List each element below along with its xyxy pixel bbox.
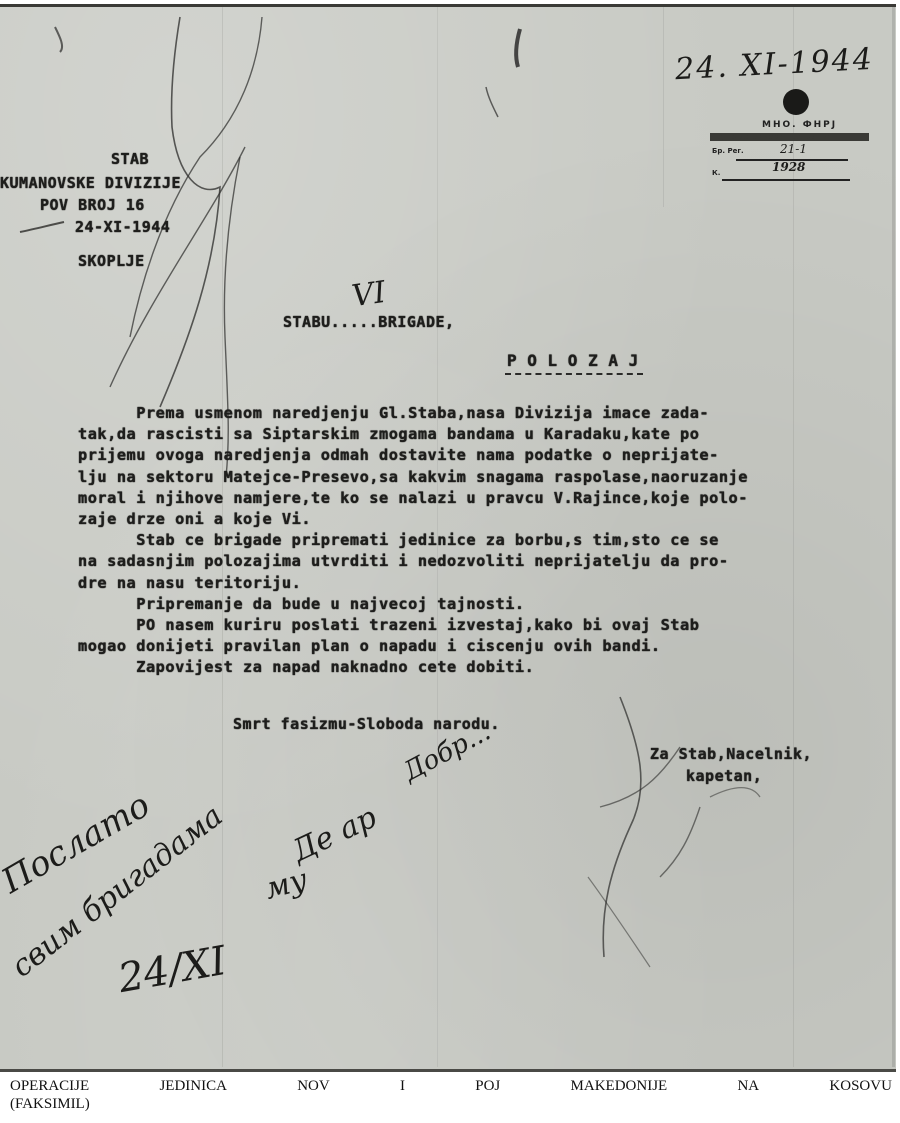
caption-line2: (FAKSIMIL) (10, 1095, 892, 1113)
stamp-k-value: 1928 (772, 160, 805, 174)
stamp-reg-label: Бр. Рег. (712, 147, 744, 155)
body-line: PO nasem kuriru poslati trazeni izvestaj… (78, 615, 896, 636)
caption-word: POJ (475, 1077, 500, 1095)
body-line: Stab ce brigade pripremati jedinice za b… (78, 530, 896, 551)
body-line: prijemu ovoga naredjenja odmah dostavite… (78, 445, 896, 466)
stamp-line2: ВОЈНО ИСТОРИСКИ - ОДЕЉЕЊЕ (710, 133, 869, 141)
handwritten-brigade-number: VI (350, 275, 388, 314)
caption-word: MAKEDONIJE (571, 1077, 668, 1095)
header-division: KUMANOVSKE DIVIZIJE (0, 171, 250, 195)
addressee: STABU.....BRIGADE, (283, 313, 455, 331)
header-city: SKOPLJE (78, 249, 328, 273)
signature-line2: kapetan, (686, 767, 762, 785)
body-line: Prema usmenom naredjenju Gl.Staba,nasa D… (78, 403, 896, 424)
caption-word: NA (737, 1077, 759, 1095)
stamp-seal-icon (783, 89, 809, 115)
body-line: Zapovijest za napad naknadno cete dobiti… (78, 657, 896, 678)
stamp-reg-value: 21-1 (780, 142, 807, 156)
body-line: dre na nasu teritoriju. (78, 573, 896, 594)
sender-header: STAB KUMANOVSKE DIVIZIJE POV BROJ 16 24-… (0, 147, 250, 267)
header-stab: STAB (5, 147, 255, 171)
stamp-line1: МНО. ФНРЈ (762, 120, 837, 130)
document-title: P O L O Z A J (505, 351, 643, 375)
stamp-k-label: К. (712, 169, 720, 177)
caption-word: OPERACIJE (10, 1077, 89, 1095)
caption-word: I (400, 1077, 405, 1095)
archive-stamp: МНО. ФНРЈ ВОЈНО ИСТОРИСКИ - ОДЕЉЕЊЕ Бр. … (700, 87, 880, 197)
signature-line1: Za Stab,Nacelnik, (650, 745, 812, 763)
body-line: zaje drze oni a koje Vi. (78, 509, 896, 530)
header-date: 24-XI-1944 (75, 215, 325, 239)
body-line: tak,da rascisti sa Siptarskim zmogama ba… (78, 424, 896, 445)
caption-word: NOV (297, 1077, 330, 1095)
body-line: Pripremanje da bude u najvecoj tajnosti. (78, 594, 896, 615)
body-line: na sadasnjim polozajima utvrditi i nedoz… (78, 551, 896, 572)
facsimile-photo: 24. XI-1944 МНО. ФНРЈ ВОЈНО ИСТОРИСКИ - … (0, 4, 896, 1072)
document-body: Prema usmenom naredjenju Gl.Staba,nasa D… (78, 403, 896, 679)
caption-word: JEDINICA (159, 1077, 227, 1095)
caption-word: KOSOVU (829, 1077, 892, 1095)
stamp-k-underline (722, 179, 850, 181)
caption-line1: OPERACIJE JEDINICA NOV I POJ MAKEDONIJE … (10, 1077, 892, 1095)
header-pov-broj: POV BROJ 16 (40, 193, 290, 217)
figure-caption: OPERACIJE JEDINICA NOV I POJ MAKEDONIJE … (10, 1077, 892, 1113)
body-line: lju na sektoru Matejce-Presevo,sa kakvim… (78, 467, 896, 488)
body-line: moral i njihove namjere,te ko se nalazi … (78, 488, 896, 509)
body-line: mogao donijeti pravilan plan o napadu i … (78, 636, 896, 657)
